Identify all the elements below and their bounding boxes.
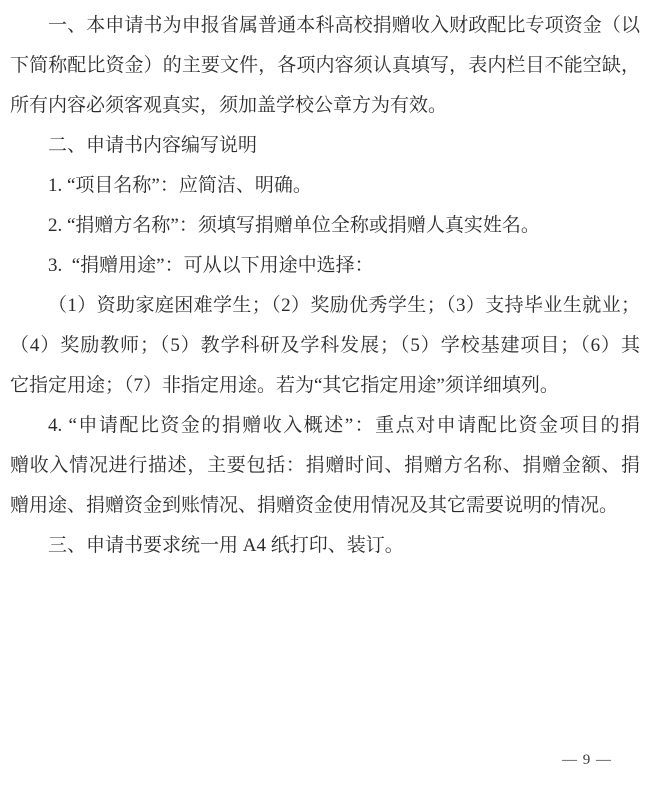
- uses-list-line-2: （4）奖励教师；（5）教学科研及学科发展；（5）学校基建项目；（6）其: [10, 326, 640, 366]
- section-2-heading: 二、申请书内容编写说明: [10, 126, 640, 166]
- section-3-heading: 三、申请书要求统一用 A4 纸打印、装订。: [10, 526, 640, 566]
- paragraph-1-line-2: 下简称配比资金）的主要文件，各项内容须认真填写，表内栏目不能空缺，: [10, 46, 640, 86]
- page-number: — 9 —: [562, 750, 612, 770]
- uses-list-line-3: 它指定用途；（7）非指定用途。若为“其它指定用途”须详细填列。: [10, 366, 640, 406]
- item-2-line: 2. “捐赠方名称”：须填写捐赠单位全称或捐赠人真实姓名。: [10, 206, 640, 246]
- item-4-line-3: 赠用途、捐赠资金到账情况、捐赠资金使用情况及其它需要说明的情况。: [10, 486, 640, 526]
- document-body: 一、本申请书为申报省属普通本科高校捐赠收入财政配比专项资金（以 下简称配比资金）…: [0, 0, 660, 566]
- item-4-line-1: 4. “申请配比资金的捐赠收入概述”：重点对申请配比资金项目的捐: [10, 406, 640, 446]
- paragraph-1-line-1: 一、本申请书为申报省属普通本科高校捐赠收入财政配比专项资金（以: [10, 6, 640, 46]
- item-1-line: 1. “项目名称”：应简洁、明确。: [10, 166, 640, 206]
- document-page: 一、本申请书为申报省属普通本科高校捐赠收入财政配比专项资金（以 下简称配比资金）…: [0, 0, 660, 801]
- item-4-line-2: 赠收入情况进行描述，主要包括：捐赠时间、捐赠方名称、捐赠金额、捐: [10, 446, 640, 486]
- uses-list-line-1: （1）资助家庭困难学生；（2）奖励优秀学生；（3）支持毕业生就业；: [10, 286, 640, 326]
- item-3-line: 3. “捐赠用途”：可从以下用途中选择：: [10, 246, 640, 286]
- paragraph-1-line-3: 所有内容必须客观真实，须加盖学校公章方为有效。: [10, 86, 640, 126]
